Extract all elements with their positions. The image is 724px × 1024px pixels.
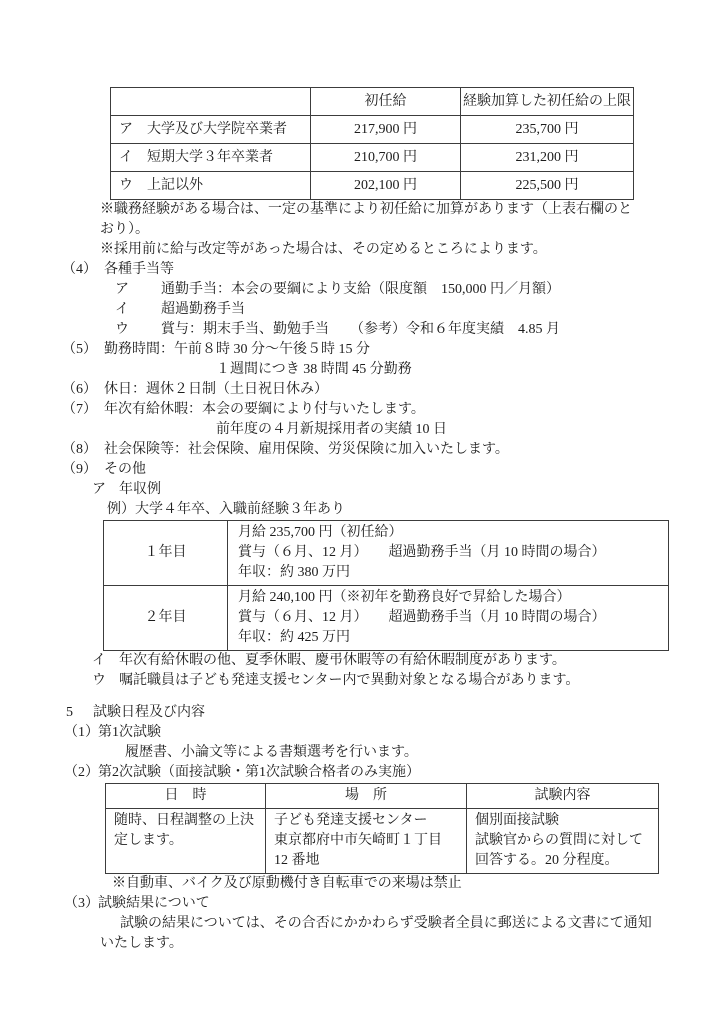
section-number: 5 <box>66 703 93 723</box>
item-number: （2） <box>64 763 98 783</box>
other-note-leave: イ年次有給休暇の他、夏季休暇、慶弔休暇等の有給休暇制度があります。 <box>92 651 724 671</box>
salary-row-starting: 217,900 円 <box>311 116 461 144</box>
salary-row-starting: 210,700 円 <box>311 144 461 172</box>
salary-header-max: 経験加算した初任給の上限 <box>461 88 634 116</box>
exam-header-datetime: 日 時 <box>106 784 266 809</box>
exam-item-1: （1）第1次試験 <box>64 723 724 743</box>
salary-header-blank <box>111 88 311 116</box>
second-exam-table: 日 時 場 所 試験内容 随時、日程調整の上決定します。 子ども発達支援センター… <box>105 783 659 874</box>
income-line-annual: 年収：約 425 万円 <box>238 628 658 648</box>
allowance-item-bonus: ウ賞与：期末手当、勤勉手当 （参考）令和６年度実績 4.85 月 <box>115 320 724 340</box>
item-text: 勤務時間：午前８時 30 分～午後５時 15 分 <box>104 342 370 357</box>
item-number: （4） <box>62 260 104 280</box>
item-8-social-insurance: （8）社会保険等：社会保険、雇用保険、労災保険に加入いたします。 <box>62 440 724 460</box>
income-detail-cell: 月給 240,100 円（※初年を勤務良好で昇給した場合） 賞与（６月、12 月… <box>228 586 669 651</box>
income-example-caption: 例）大学４年卒、入職前経験３年あり <box>107 500 724 520</box>
income-line-salary: 月給 235,700 円（初任給） <box>238 523 658 543</box>
annual-income-example-heading: ア年収例 <box>92 480 724 500</box>
exam-table-header-row: 日 時 場 所 試験内容 <box>106 784 659 809</box>
item-number: （8） <box>62 440 104 460</box>
item-number: （6） <box>62 380 104 400</box>
income-line-bonus: 賞与（６月、12 月） 超過勤務手当（月 10 時間の場合） <box>238 608 658 628</box>
item-text: 年次有給休暇：本会の要綱により付与いたします。 <box>104 402 425 417</box>
exam-datetime-cell: 随時、日程調整の上決定します。 <box>106 809 266 874</box>
salary-row-label: イ 短期大学３年卒業者 <box>111 144 311 172</box>
allowance-item-overtime: イ超過勤務手当 <box>115 300 724 320</box>
exam-item-3-body: 試験の結果については、その合否にかかわらず受験者全員に郵送による文書にて通知 い… <box>100 914 700 954</box>
exam-content-cell: 個別面接試験 試験官からの質問に対して 回答する。20 分程度。 <box>467 809 659 874</box>
sub-item-label: ア <box>92 480 119 500</box>
salary-row-starting: 202,100 円 <box>311 172 461 200</box>
item-number: （5） <box>62 340 104 360</box>
item-5-working-hours: （5）勤務時間：午前８時 30 分～午後５時 15 分 <box>62 340 724 360</box>
item-number: （3） <box>64 894 98 914</box>
income-line-bonus: 賞与（６月、12 月） 超過勤務手当（月 10 時間の場合） <box>238 543 658 563</box>
item-7-paid-leave: （7）年次有給休暇：本会の要綱により付与いたします。 <box>62 400 724 420</box>
income-line-salary: 月給 240,100 円（※初年を勤務良好で昇給した場合） <box>238 588 658 608</box>
sub-item-label: ウ <box>115 320 161 340</box>
sub-item-text: 年収例 <box>119 482 161 497</box>
exam-header-content: 試験内容 <box>467 784 659 809</box>
item-title: 第1次試験 <box>98 725 161 740</box>
item-number: （7） <box>62 400 104 420</box>
item-title: 各種手当等 <box>104 262 174 277</box>
other-note-transfer: ウ嘱託職員は子ども発達支援センター内で異動対象となる場合があります。 <box>92 671 724 691</box>
sub-item-label: イ <box>115 300 161 320</box>
exam-place-cell: 子ども発達支援センター 東京都府中市矢崎町１丁目 12 番地 <box>266 809 467 874</box>
section-5-heading: 5試験日程及び内容 <box>66 703 724 723</box>
salary-row-max: 231,200 円 <box>461 144 634 172</box>
note-experience-addition: ※職務経験がある場合は、一定の基準により初任給に加算があります（上表右欄のと お… <box>100 200 680 240</box>
sub-item-text: 通勤手当：本会の要綱により支給（限度額 150,000 円／月額） <box>161 282 560 297</box>
table-row: ２年目 月給 240,100 円（※初年を勤務良好で昇給した場合） 賞与（６月、… <box>104 586 669 651</box>
item-number: （9） <box>62 460 104 480</box>
item-title: その他 <box>104 462 146 477</box>
table-row: ア 大学及び大学院卒業者 217,900 円 235,700 円 <box>111 116 634 144</box>
income-year-cell: ２年目 <box>104 586 228 651</box>
income-year-cell: １年目 <box>104 521 228 586</box>
salary-row-label: ア 大学及び大学院卒業者 <box>111 116 311 144</box>
sub-item-text: 超過勤務手当 <box>161 302 245 317</box>
item-6-holidays: （6）休日：週休２日制（土日祝日休み） <box>62 380 724 400</box>
sub-item-text: 嘱託職員は子ども発達支援センター内で異動対象となる場合があります。 <box>119 673 579 688</box>
income-line-annual: 年収：約 380 万円 <box>238 563 658 583</box>
exam-item-1-body: 履歴書、小論文等による書類選考を行います。 <box>125 743 724 763</box>
exam-item-3: （3）試験結果について <box>64 894 724 914</box>
sub-item-label: イ <box>92 651 119 671</box>
salary-table-header-row: 初任給 経験加算した初任給の上限 <box>111 88 634 116</box>
item-number: （1） <box>64 723 98 743</box>
item-4-allowances: （4）各種手当等 <box>62 260 724 280</box>
table-row: １年目 月給 235,700 円（初任給） 賞与（６月、12 月） 超過勤務手当… <box>104 521 669 586</box>
starting-salary-table: 初任給 経験加算した初任給の上限 ア 大学及び大学院卒業者 217,900 円 … <box>110 87 634 200</box>
income-example-table: １年目 月給 235,700 円（初任給） 賞与（６月、12 月） 超過勤務手当… <box>103 520 669 651</box>
item-title: 第2次試験（面接試験・第1次試験合格者のみ実施） <box>98 765 420 780</box>
sub-item-label: ウ <box>92 671 119 691</box>
table-row: イ 短期大学３年卒業者 210,700 円 231,200 円 <box>111 144 634 172</box>
section-title: 試験日程及び内容 <box>93 705 205 720</box>
salary-header-starting: 初任給 <box>311 88 461 116</box>
salary-row-max: 225,500 円 <box>461 172 634 200</box>
item-text: 休日：週休２日制（土日祝日休み） <box>104 382 328 397</box>
salary-row-label: ウ 上記以外 <box>111 172 311 200</box>
salary-row-max: 235,700 円 <box>461 116 634 144</box>
note-salary-revision: ※採用前に給与改定等があった場合は、その定めるところによります。 <box>100 240 680 260</box>
sub-item-label: ア <box>115 280 161 300</box>
exam-header-place: 場 所 <box>266 784 467 809</box>
item-text: 社会保険等：社会保険、雇用保険、労災保険に加入いたします。 <box>104 442 509 457</box>
item-9-other: （9）その他 <box>62 460 724 480</box>
exam-item-2: （2）第2次試験（面接試験・第1次試験合格者のみ実施） <box>64 763 724 783</box>
income-detail-cell: 月給 235,700 円（初任給） 賞与（６月、12 月） 超過勤務手当（月 1… <box>228 521 669 586</box>
table-row: ウ 上記以外 202,100 円 225,500 円 <box>111 172 634 200</box>
sub-item-text: 年次有給休暇の他、夏季休暇、慶弔休暇等の有給休暇制度があります。 <box>119 653 566 668</box>
allowance-item-commute: ア通勤手当：本会の要綱により支給（限度額 150,000 円／月額） <box>115 280 724 300</box>
item-7-continuation: 前年度の４月新規採用者の実績 10 日 <box>216 420 724 440</box>
item-5-continuation: １週間につき 38 時間 45 分勤務 <box>216 360 724 380</box>
item-title: 試験結果について <box>98 896 210 911</box>
table-row: 随時、日程調整の上決定します。 子ども発達支援センター 東京都府中市矢崎町１丁目… <box>106 809 659 874</box>
exam-access-note: ※自動車、バイク及び原動機付き自転車での来場は禁止 <box>112 874 724 894</box>
document-page: 初任給 経験加算した初任給の上限 ア 大学及び大学院卒業者 217,900 円 … <box>0 0 724 1024</box>
sub-item-text: 賞与：期末手当、勤勉手当 （参考）令和６年度実績 4.85 月 <box>161 322 560 337</box>
